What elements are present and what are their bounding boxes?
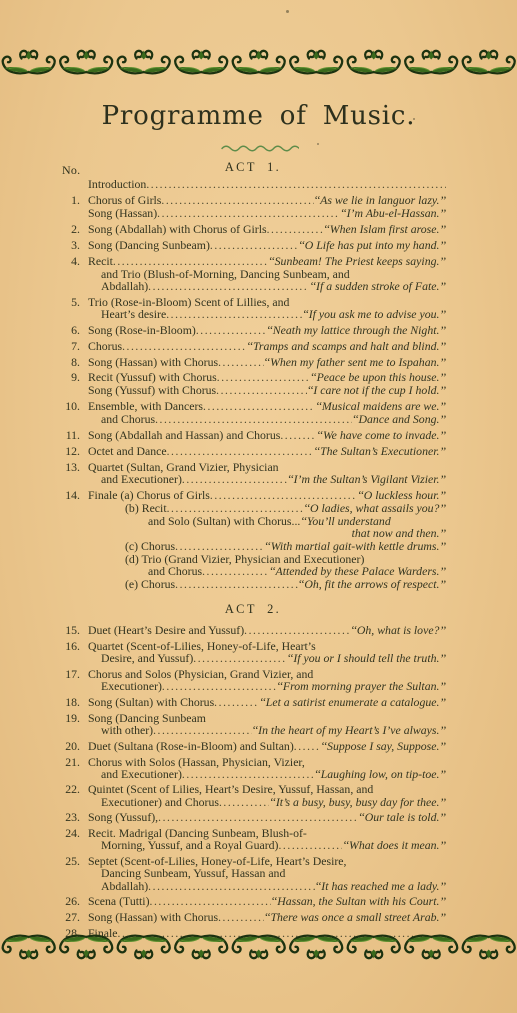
- item-line: Chorus‘‘Tramps and scamps and halt and b…: [88, 340, 446, 353]
- item-line: (c) Chorus‘‘With martial gait-with kettl…: [88, 540, 446, 553]
- item-number: 8.: [60, 356, 80, 369]
- quote-text: ‘‘I’m the Sultan’s Vigilant Vizier.’’: [287, 473, 446, 485]
- leader-dots: [161, 194, 313, 207]
- item-line: Song (Hassan)‘‘I’m Abu-el-Hassan.’’: [88, 207, 446, 220]
- programme-item: 22.Quintet (Scent of Lilies, Heart’s Des…: [60, 783, 446, 808]
- leader-dots: [218, 911, 264, 924]
- item-text: with other): [101, 724, 153, 736]
- leader-dots: [146, 178, 446, 191]
- quote-text: ‘‘In the heart of my Heart’s I’ve always…: [252, 724, 446, 736]
- item-line: Heart’s desire‘‘If you ask me to advise …: [88, 308, 446, 321]
- item-lines: Song (Abdallah) with Chorus of Girls‘‘Wh…: [88, 223, 446, 236]
- quote-text: ‘‘I care not if the cup I hold.’’: [307, 384, 446, 396]
- leader-dots: [148, 280, 309, 293]
- item-lines: Octet and Dance‘‘The Sultan’s Executione…: [88, 445, 446, 458]
- item-line: Duet (Sultana (Rose-in-Bloom) and Sultan…: [88, 740, 446, 753]
- item-number: 26.: [60, 895, 80, 908]
- item-text: Ensemble, with Dancers: [88, 400, 203, 412]
- item-line: Recit‘‘Sunbeam! The Priest keeps saying.…: [88, 255, 446, 268]
- programme-item: 1.Chorus of Girls‘‘As we lie in languor …: [60, 194, 446, 220]
- item-text: Dancing Sunbeam, Yussuf, Hassan and: [101, 867, 285, 879]
- programme-item: 4.Recit‘‘Sunbeam! The Priest keeps sayin…: [60, 255, 446, 293]
- programme-item: 10.Ensemble, with Dancers‘‘Musical maide…: [60, 400, 446, 426]
- item-lines: Quartet (Sultan, Grand Vizier, Physician…: [88, 461, 446, 486]
- quote-text: ‘‘From morning prayer the Sultan.’’: [276, 680, 446, 692]
- item-text: Song (Yussuf),: [88, 811, 158, 823]
- quote-text: ‘‘Neath my lattice through the Night.’’: [266, 324, 446, 336]
- no-column-label: No.: [62, 163, 80, 177]
- item-number: 4.: [60, 255, 80, 293]
- item-lines: Quintet (Scent of Lilies, Heart’s Desire…: [88, 783, 446, 808]
- item-lines: Septet (Scent-of-Lilies, Honey-of-Life, …: [88, 855, 446, 892]
- item-line: (b) Recit‘‘O ladies, what assails you?’’: [88, 502, 446, 515]
- programme-item: 23.Song (Yussuf),‘‘Our tale is told.’’: [60, 811, 446, 824]
- item-number: 15.: [60, 624, 80, 637]
- item-lines: Introduction: [88, 178, 446, 191]
- item-line: Introduction: [88, 178, 446, 191]
- quote-text: ‘‘When my father sent me to Ispahan.’’: [264, 356, 446, 368]
- item-lines: Song (Yussuf),‘‘Our tale is told.’’: [88, 811, 446, 824]
- paper-speck: [413, 118, 415, 120]
- item-number: 20.: [60, 740, 80, 753]
- programme-item: 14.Finale (a) Chorus of Girls‘‘O luckles…: [60, 489, 446, 591]
- item-line: Song (Hassan) with Chorus‘‘There was onc…: [88, 911, 446, 924]
- item-text: Abdallah): [101, 880, 148, 892]
- item-number: 3.: [60, 239, 80, 252]
- leader-dots: [175, 578, 298, 591]
- item-number: 23.: [60, 811, 80, 824]
- item-line: Executioner)‘‘From morning prayer the Su…: [88, 680, 446, 693]
- leader-dots: [218, 356, 263, 369]
- quote-text: ‘‘It has reached me a lady.’’: [315, 880, 446, 892]
- item-line: Trio (Rose-in-Bloom) Scent of Lillies, a…: [88, 296, 446, 308]
- item-text: Octet and Dance: [88, 445, 167, 457]
- act-section-2: ACT 2.15.Duet (Heart’s Desire and Yussuf…: [60, 602, 446, 940]
- leader-dots: [210, 239, 298, 252]
- quote-text: ‘‘The Sultan’s Executioner.’’: [314, 445, 446, 457]
- item-text: Finale (a) Chorus of Girls: [88, 489, 210, 501]
- programme-item: 6.Song (Rose-in-Bloom)‘‘Neath my lattice…: [60, 324, 446, 337]
- programme-item: 12.Octet and Dance‘‘The Sultan’s Executi…: [60, 445, 446, 458]
- programme-item: 20.Duet (Sultana (Rose-in-Bloom) and Sul…: [60, 740, 446, 753]
- quote-text: ‘‘Oh, what is love?’’: [350, 624, 446, 636]
- item-number: 27.: [60, 911, 80, 924]
- item-lines: Song (Dancing Sunbeam)‘‘O Life has put i…: [88, 239, 446, 252]
- quote-text: ‘‘Laughing low, on tip-toe.’’: [314, 768, 446, 780]
- quote-text: ‘‘Tramps and scamps and halt and blind.’…: [246, 340, 446, 352]
- item-line: Desire, and Yussuf)‘‘If you or I should …: [88, 652, 446, 665]
- item-line: Song (Abdallah) with Chorus of Girls‘‘Wh…: [88, 223, 446, 236]
- programme-item: 24.Recit. Madrigal (Dancing Sunbeam, Blu…: [60, 827, 446, 852]
- leader-dots: [113, 255, 268, 268]
- programme-item: 11.Song (Abdallah and Hassan) and Chorus…: [60, 429, 446, 442]
- item-line: Octet and Dance‘‘The Sultan’s Executione…: [88, 445, 446, 458]
- item-line: Song (Sultan) with Chorus‘‘Let a satiris…: [88, 696, 446, 709]
- programme-item: 18.Song (Sultan) with Chorus‘‘Let a sati…: [60, 696, 446, 709]
- item-line: and Chorus‘‘Attended by these Palace War…: [88, 565, 446, 578]
- item-text: Scena (Tutti): [88, 895, 150, 907]
- item-number: 16.: [60, 640, 80, 665]
- programme-item: 3.Song (Dancing Sunbeam)‘‘O Life has put…: [60, 239, 446, 252]
- leader-dots: [193, 652, 286, 665]
- quote-text: ‘‘If a sudden stroke of Fate.’’: [309, 280, 446, 292]
- item-text: Song (Rose-in-Bloom): [88, 324, 196, 336]
- item-text: Morning, Yussuf, and a Royal Guard): [101, 839, 278, 851]
- quote-text: ‘‘We have come to invade.’’: [316, 429, 446, 441]
- item-lines: Recit‘‘Sunbeam! The Priest keeps saying.…: [88, 255, 446, 293]
- item-lines: Recit. Madrigal (Dancing Sunbeam, Blush-…: [88, 827, 446, 852]
- item-lines: Duet (Sultana (Rose-in-Bloom) and Sultan…: [88, 740, 446, 753]
- item-text: Recit: [88, 255, 113, 267]
- item-text: Executioner): [101, 680, 162, 692]
- item-number: 1.: [60, 194, 80, 220]
- item-lines: Chorus and Solos (Physician, Grand Vizie…: [88, 668, 446, 693]
- act-section-1: No.ACT 1.Introduction1.Chorus of Girls‘‘…: [60, 160, 446, 591]
- quote-text: ‘‘I’m Abu-el-Hassan.’’: [340, 207, 446, 219]
- quote-text: ‘‘What does it mean.’’: [342, 839, 446, 851]
- leader-dots: [182, 768, 314, 781]
- leader-dots: [158, 811, 358, 824]
- quote-text: ‘‘Attended by these Palace Warders.’’: [269, 565, 446, 577]
- item-number: 12.: [60, 445, 80, 458]
- page-title: Programme of Music.: [0, 101, 517, 131]
- quote-text: ‘‘If you ask me to advise you.’’: [302, 308, 446, 320]
- quote-text: ‘‘There was once a small street Arab.’’: [264, 911, 446, 923]
- item-lines: Song (Sultan) with Chorus‘‘Let a satiris…: [88, 696, 446, 709]
- quote-text: ‘‘Suppose I say, Suppose.’’: [321, 740, 447, 752]
- programme-item: 7.Chorus‘‘Tramps and scamps and halt and…: [60, 340, 446, 353]
- item-line: Executioner) and Chorus‘‘It’s a busy, bu…: [88, 796, 446, 809]
- act-heading: ACT 1.: [225, 160, 281, 174]
- item-number: 10.: [60, 400, 80, 426]
- item-number: 5.: [60, 296, 80, 321]
- quote-text: ‘‘O luckless hour.’’: [357, 489, 446, 501]
- item-text: and Executioner): [101, 473, 182, 485]
- item-line: Song (Yussuf),‘‘Our tale is told.’’: [88, 811, 446, 824]
- item-line: and Chorus‘‘Dance and Song.’’: [88, 413, 446, 426]
- item-number: 6.: [60, 324, 80, 337]
- leader-dots: [148, 880, 315, 893]
- item-line: Quintet (Scent of Lilies, Heart’s Desire…: [88, 783, 446, 795]
- programme-item: 15.Duet (Heart’s Desire and Yussuf)‘‘Oh,…: [60, 624, 446, 637]
- item-text: and Chorus: [101, 413, 155, 425]
- item-text: Abdallah): [101, 280, 148, 292]
- item-text: Duet (Heart’s Desire and Yussuf): [88, 624, 244, 636]
- act-heading-row: ACT 2.: [60, 602, 446, 616]
- programme-item: 8.Song (Hassan) with Chorus‘‘When my fat…: [60, 356, 446, 369]
- item-number: 11.: [60, 429, 80, 442]
- item-number: 17.: [60, 668, 80, 693]
- item-lines: Chorus‘‘Tramps and scamps and halt and b…: [88, 340, 446, 353]
- leader-dots: [214, 696, 259, 709]
- item-number: 19.: [60, 712, 80, 737]
- item-number: 21.: [60, 756, 80, 781]
- item-text: Duet (Sultana (Rose-in-Bloom) and Sultan…: [88, 740, 294, 752]
- item-text: Quintet (Scent of Lilies, Heart’s Desire…: [88, 783, 373, 795]
- leader-dots: [278, 839, 342, 852]
- item-text: Song (Yussuf) with Chorus: [88, 384, 216, 396]
- item-number: 9.: [60, 371, 80, 397]
- item-text: Song (Sultan) with Chorus: [88, 696, 214, 708]
- item-line: Morning, Yussuf, and a Royal Guard)‘‘Wha…: [88, 839, 446, 852]
- item-text: Song (Abdallah) with Chorus of Girls: [88, 223, 267, 235]
- item-line: Song (Dancing Sunbeam)‘‘O Life has put i…: [88, 239, 446, 252]
- item-line: (d) Trio (Grand Vizier, Physician and Ex…: [88, 553, 446, 565]
- item-line: Duet (Heart’s Desire and Yussuf)‘‘Oh, wh…: [88, 624, 446, 637]
- item-number: 25.: [60, 855, 80, 892]
- item-text: Chorus of Girls: [88, 194, 161, 206]
- item-text: Song (Hassan) with Chorus: [88, 356, 218, 368]
- programme-item: 21.Chorus with Solos (Hassan, Physician,…: [60, 756, 446, 781]
- item-text: Recit (Yussuf) with Chorus: [88, 371, 217, 383]
- programme-item: 17.Chorus and Solos (Physician, Grand Vi…: [60, 668, 446, 693]
- item-number: 22.: [60, 783, 80, 808]
- leader-dots: [167, 445, 314, 458]
- item-number: 13.: [60, 461, 80, 486]
- leader-dots: [280, 429, 316, 442]
- quote-text: ‘‘Sunbeam! The Priest keeps saying.’’: [268, 255, 446, 267]
- item-text: Song (Hassan) with Chorus: [88, 911, 218, 923]
- item-lines: Song (Rose-in-Bloom)‘‘Neath my lattice t…: [88, 324, 446, 337]
- leader-dots: [196, 324, 266, 337]
- leader-dots: [244, 624, 350, 637]
- item-lines: Quartet (Scent-of-Lilies, Honey-of-Life,…: [88, 640, 446, 665]
- item-text: Executioner) and Chorus: [101, 796, 219, 808]
- item-text: (c) Chorus: [125, 540, 175, 552]
- item-line: Abdallah)‘‘It has reached me a lady.’’: [88, 880, 446, 893]
- quote-text: ‘‘Our tale is told.’’: [358, 811, 446, 823]
- item-text: (d) Trio (Grand Vizier, Physician and Ex…: [125, 553, 364, 565]
- quote-text: ‘‘If you or I should tell the truth.’’: [287, 652, 446, 664]
- leader-dots: [203, 400, 315, 413]
- item-line: Song (Dancing Sunbeam: [88, 712, 446, 724]
- leader-dots: [150, 895, 271, 908]
- item-text: Song (Abdallah and Hassan) and Chorus: [88, 429, 280, 441]
- programme-item: 27.Song (Hassan) with Chorus‘‘There was …: [60, 911, 446, 924]
- programme-item: 5.Trio (Rose-in-Bloom) Scent of Lillies,…: [60, 296, 446, 321]
- programme-item: 13.Quartet (Sultan, Grand Vizier, Physic…: [60, 461, 446, 486]
- item-line: Song (Yussuf) with Chorus‘‘I care not if…: [88, 384, 446, 397]
- leader-dots: [210, 489, 357, 502]
- item-text: Song (Dancing Sunbeam: [88, 712, 206, 724]
- paper-speck: [286, 10, 289, 13]
- item-text: Song (Dancing Sunbeam): [88, 239, 210, 251]
- item-lines: Song (Abdallah and Hassan) and Chorus‘‘W…: [88, 429, 446, 442]
- item-number: 14.: [60, 489, 80, 591]
- leader-dots: [216, 384, 307, 397]
- leader-dots: [175, 540, 264, 553]
- item-lines: Song (Hassan) with Chorus‘‘When my fathe…: [88, 356, 446, 369]
- item-text: Introduction: [88, 178, 146, 190]
- act-heading: ACT 2.: [225, 602, 281, 616]
- item-text: Heart’s desire: [101, 308, 166, 320]
- leader-dots: [167, 502, 304, 515]
- item-text: Chorus: [88, 340, 122, 352]
- item-number: 24.: [60, 827, 80, 852]
- item-line: Dancing Sunbeam, Yussuf, Hassan and: [88, 867, 446, 879]
- item-lines: Chorus with Solos (Hassan, Physician, Vi…: [88, 756, 446, 781]
- item-number: 2.: [60, 223, 80, 236]
- programme-page: Programme of Music. No.ACT 1.Introductio…: [0, 0, 517, 1013]
- programme-item: Introduction: [60, 178, 446, 191]
- leader-dots: [162, 680, 276, 693]
- leader-dots: [182, 473, 287, 486]
- item-lines: Song (Dancing Sunbeamwith other)‘‘In the…: [88, 712, 446, 737]
- item-lines: Trio (Rose-in-Bloom) Scent of Lillies, a…: [88, 296, 446, 321]
- quote-text: ‘‘Musical maidens are we.’’: [315, 400, 446, 412]
- item-line: Song (Hassan) with Chorus‘‘When my fathe…: [88, 356, 446, 369]
- programme-item: 19.Song (Dancing Sunbeamwith other)‘‘In …: [60, 712, 446, 737]
- programme-item: 9.Recit (Yussuf) with Chorus‘‘Peace be u…: [60, 371, 446, 397]
- item-text: and Executioner): [101, 768, 182, 780]
- item-lines: Chorus of Girls‘‘As we lie in languor la…: [88, 194, 446, 220]
- programme-item: 16.Quartet (Scent-of-Lilies, Honey-of-Li…: [60, 640, 446, 665]
- quote-text: ‘‘O ladies, what assails you?’’: [303, 502, 446, 514]
- item-text: and Solo (Sultan) with Chorus...: [148, 515, 300, 527]
- quote-text: ‘‘Oh, fit the arrows of respect.’’: [298, 578, 446, 590]
- leader-dots: [155, 413, 352, 426]
- leader-dots: [153, 724, 252, 737]
- programme-item: 2.Song (Abdallah) with Chorus of Girls‘‘…: [60, 223, 446, 236]
- item-line: Song (Abdallah and Hassan) and Chorus‘‘W…: [88, 429, 446, 442]
- item-lines: Finale (a) Chorus of Girls‘‘O luckless h…: [88, 489, 446, 591]
- item-line: Song (Rose-in-Bloom)‘‘Neath my lattice t…: [88, 324, 446, 337]
- title-underline-squiggle: [0, 139, 517, 157]
- paper-speck: [317, 143, 319, 145]
- item-number: [60, 178, 80, 191]
- leader-dots: [217, 371, 310, 384]
- item-line: Scena (Tutti)‘‘Hassan, the Sultan with h…: [88, 895, 446, 908]
- quote-text: that now and then.’’: [352, 527, 446, 539]
- item-line: with other)‘‘In the heart of my Heart’s …: [88, 724, 446, 737]
- item-text: Song (Hassan): [88, 207, 157, 219]
- item-text: and Chorus: [148, 565, 202, 577]
- item-text: (b) Recit: [125, 502, 167, 514]
- item-line: that now and then.’’: [88, 527, 446, 539]
- act-heading-row: No.ACT 1.: [60, 160, 446, 174]
- quote-text: ‘‘Let a satirist enumerate a catalogue.’…: [259, 696, 446, 708]
- item-lines: Duet (Heart’s Desire and Yussuf)‘‘Oh, wh…: [88, 624, 446, 637]
- item-text: Trio (Rose-in-Bloom) Scent of Lillies, a…: [88, 296, 289, 308]
- leader-dots: [267, 223, 324, 236]
- item-number: 7.: [60, 340, 80, 353]
- item-lines: Ensemble, with Dancers‘‘Musical maidens …: [88, 400, 446, 426]
- item-text: Desire, and Yussuf): [101, 652, 193, 664]
- top-border-ornament: [0, 48, 517, 79]
- item-text: (e) Chorus: [125, 578, 175, 590]
- quote-text: ‘‘It’s a busy, busy, busy day for thee.’…: [269, 796, 446, 808]
- leader-dots: [157, 207, 340, 220]
- item-line: (e) Chorus‘‘Oh, fit the arrows of respec…: [88, 578, 446, 591]
- quote-text: ‘‘Peace be upon this house.’’: [310, 371, 446, 383]
- item-text: Chorus with Solos (Hassan, Physician, Vi…: [88, 756, 305, 768]
- programme-list: No.ACT 1.Introduction1.Chorus of Girls‘‘…: [60, 160, 446, 940]
- quote-text: ‘‘With martial gait-with kettle drums.’’: [264, 540, 446, 552]
- item-lines: Recit (Yussuf) with Chorus‘‘Peace be upo…: [88, 371, 446, 397]
- quote-text: ‘‘O Life has put into my hand.’’: [298, 239, 446, 251]
- programme-item: 26.Scena (Tutti)‘‘Hassan, the Sultan wit…: [60, 895, 446, 908]
- quote-text: ‘‘As we lie in languor lazy.’’: [314, 194, 446, 206]
- item-lines: Song (Hassan) with Chorus‘‘There was onc…: [88, 911, 446, 924]
- item-number: 18.: [60, 696, 80, 709]
- quote-text: ‘‘When Islam first arose.’’: [323, 223, 446, 235]
- quote-text: ‘‘Dance and Song.’’: [352, 413, 446, 425]
- leader-dots: [166, 308, 302, 321]
- quote-text: ‘‘Hassan, the Sultan with his Court.’’: [271, 895, 446, 907]
- item-lines: Scena (Tutti)‘‘Hassan, the Sultan with h…: [88, 895, 446, 908]
- item-line: Abdallah)‘‘If a sudden stroke of Fate.’’: [88, 280, 446, 293]
- leader-dots: [294, 740, 321, 753]
- leader-dots: [202, 565, 269, 578]
- leader-dots: [219, 796, 269, 809]
- programme-item: 25.Septet (Scent-of-Lilies, Honey-of-Lif…: [60, 855, 446, 892]
- item-line: and Executioner)‘‘I’m the Sultan’s Vigil…: [88, 473, 446, 486]
- item-line: and Executioner)‘‘Laughing low, on tip-t…: [88, 768, 446, 781]
- item-line: Chorus with Solos (Hassan, Physician, Vi…: [88, 756, 446, 768]
- bottom-border-ornament: [0, 930, 517, 961]
- leader-dots: [122, 340, 246, 353]
